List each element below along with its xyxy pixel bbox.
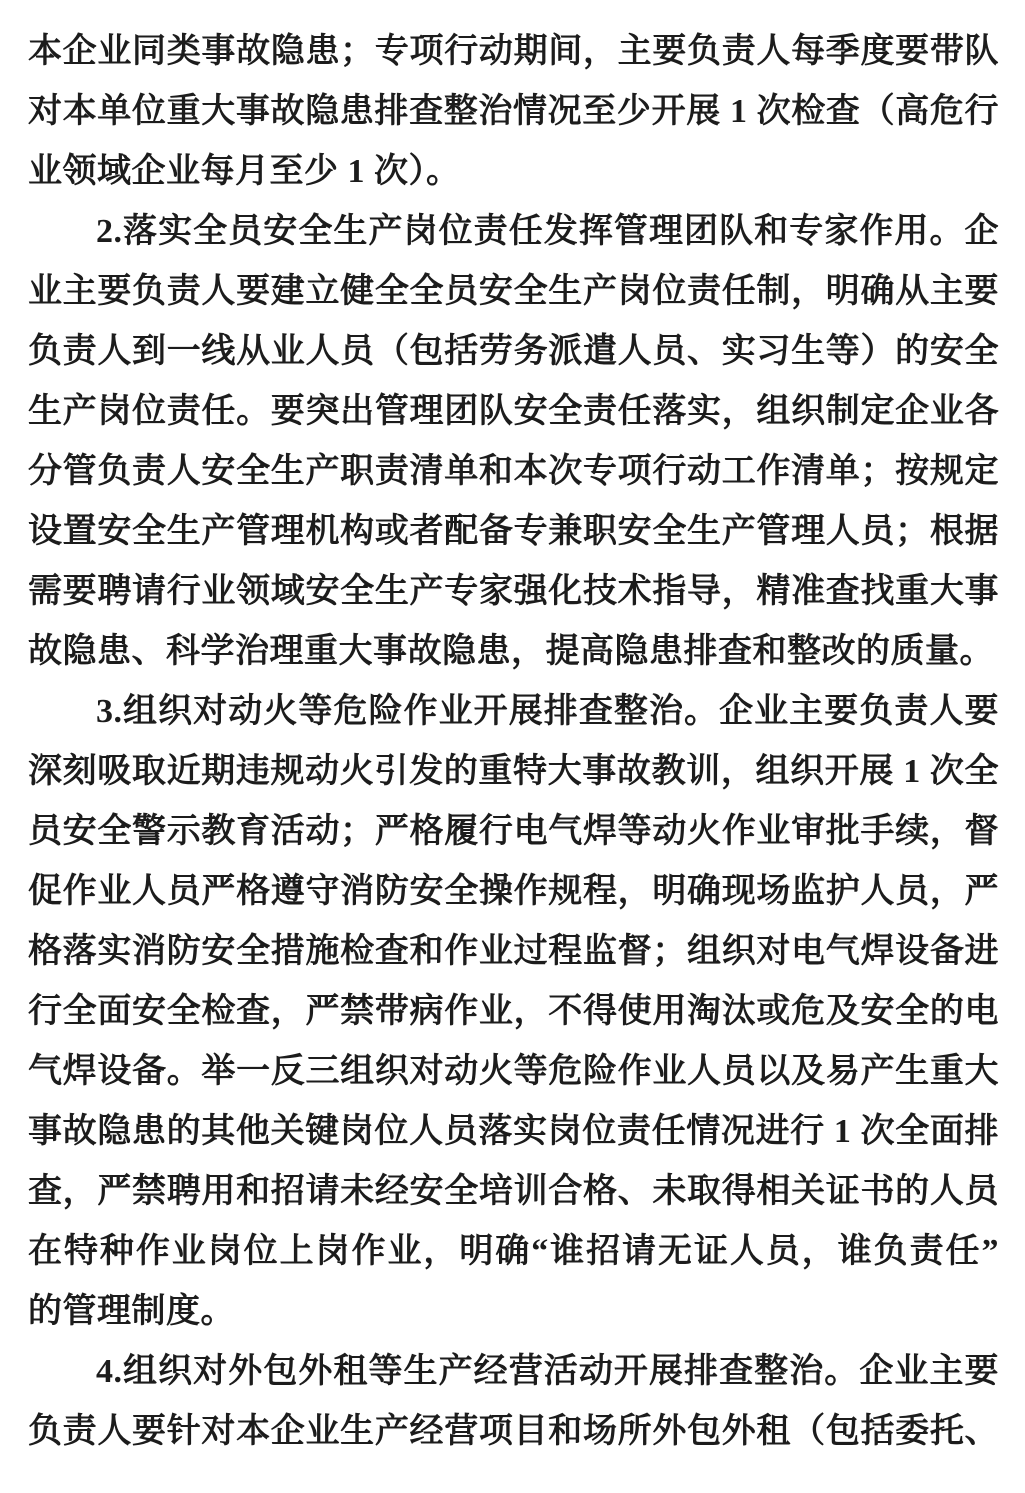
text-line: 对本单位重大事故隐患排查整治情况至少开展 1 次检查（高危行 xyxy=(28,82,999,142)
text-line-paragraph-start: 2.落实全员安全生产岗位责任发挥管理团队和专家作用。企 xyxy=(28,202,999,262)
text-line: 需要聘请行业领域安全生产专家强化技术指导，精准查找重大事 xyxy=(28,562,999,622)
text-line: 事故隐患的其他关键岗位人员落实岗位责任情况进行 1 次全面排 xyxy=(28,1102,999,1162)
text-line: 气焊设备。举一反三组织对动火等危险作业人员以及易产生重大 xyxy=(28,1042,999,1102)
text-line: 故隐患、科学治理重大事故隐患，提高隐患排查和整改的质量。 xyxy=(28,622,999,682)
text-line: 负责人要针对本企业生产经营项目和场所外包外租（包括委托、 xyxy=(28,1402,999,1462)
text-line: 本企业同类事故隐患；专项行动期间，主要负责人每季度要带队 xyxy=(28,22,999,82)
document-page: 本企业同类事故隐患；专项行动期间，主要负责人每季度要带队 对本单位重大事故隐患排… xyxy=(0,0,1025,1493)
text-line-paragraph-start: 3.组织对动火等危险作业开展排查整治。企业主要负责人要 xyxy=(28,682,999,742)
text-line: 业主要负责人要建立健全全员安全生产岗位责任制，明确从主要 xyxy=(28,262,999,322)
text-line: 的管理制度。 xyxy=(28,1282,999,1342)
text-line: 格落实消防安全措施检查和作业过程监督；组织对电气焊设备进 xyxy=(28,922,999,982)
text-line: 业领域企业每月至少 1 次）。 xyxy=(28,142,999,202)
text-line: 员安全警示教育活动；严格履行电气焊等动火作业审批手续，督 xyxy=(28,802,999,862)
document-body: 本企业同类事故隐患；专项行动期间，主要负责人每季度要带队 对本单位重大事故隐患排… xyxy=(28,22,999,1462)
text-line: 在特种作业岗位上岗作业，明确“谁招请无证人员，谁负责任” xyxy=(28,1222,999,1282)
text-line: 生产岗位责任。要突出管理团队安全责任落实，组织制定企业各 xyxy=(28,382,999,442)
text-line: 查，严禁聘用和招请未经安全培训合格、未取得相关证书的人员 xyxy=(28,1162,999,1222)
text-line: 负责人到一线从业人员（包括劳务派遣人员、实习生等）的安全 xyxy=(28,322,999,382)
text-line: 分管负责人安全生产职责清单和本次专项行动工作清单；按规定 xyxy=(28,442,999,502)
text-line: 深刻吸取近期违规动火引发的重特大事故教训，组织开展 1 次全 xyxy=(28,742,999,802)
text-line: 设置安全生产管理机构或者配备专兼职安全生产管理人员；根据 xyxy=(28,502,999,562)
text-line: 行全面安全检查，严禁带病作业，不得使用淘汰或危及安全的电 xyxy=(28,982,999,1042)
text-line-paragraph-start: 4.组织对外包外租等生产经营活动开展排查整治。企业主要 xyxy=(28,1342,999,1402)
text-line: 促作业人员严格遵守消防安全操作规程，明确现场监护人员，严 xyxy=(28,862,999,922)
